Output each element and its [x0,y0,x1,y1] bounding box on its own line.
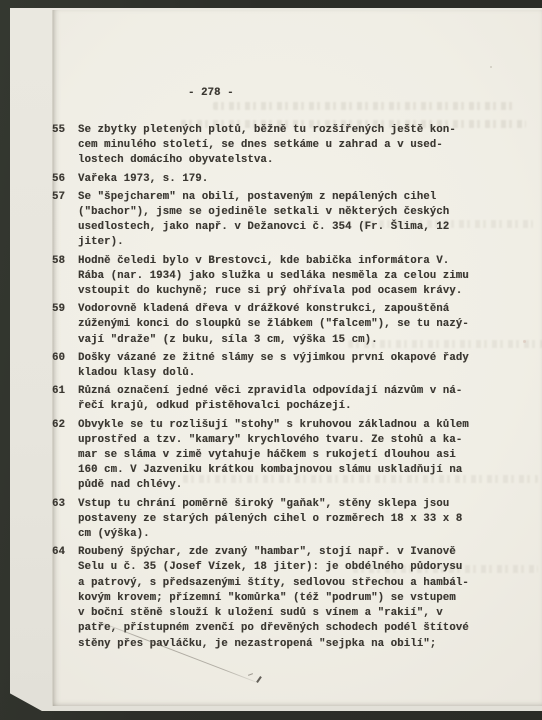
page-number: - 278 - [52,86,472,101]
footnote-line: cm (výška). [78,527,472,542]
footnote-line: Vodorovně kladená dřeva v drážkové konst… [78,302,472,317]
footnote-line: lostech domácího obyvatelstva. [78,153,472,168]
footnote-number: 61 [52,384,65,399]
footnote-line: stěny přes pavláčku, je nezastropená "se… [78,637,472,652]
footnote-text: Vodorovně kladená dřeva v drážkové konst… [78,302,472,348]
typewritten-text-block: - 278 - 55 Se zbytky pletených plotů, bě… [52,86,472,655]
footnote-item-63: 63 Vstup tu chrání poměrně široký "gaňak… [52,497,472,543]
footnote-item-57: 57 Se "špejcharem" na obilí, postaveným … [52,190,472,251]
footnote-text: Se zbytky pletených plotů, běžně tu rozš… [78,123,472,169]
footnote-line: postaveny ze starých pálených cihel o ro… [78,512,472,527]
footnote-number: 59 [52,302,65,317]
footnote-line: půdě nad chlévy. [78,478,472,493]
footnote-text: Hodně čeledi bylo v Brestovci, kde babič… [78,254,472,300]
footnote-line: Rába (nar. 1934) jako služka u sedláka n… [78,269,472,284]
footnote-line: a patrový, s předsazenými štíty, sedlovo… [78,576,472,591]
footnote-item-60: 60 Došky vázané ze žitné slámy se s výji… [52,351,472,381]
footnote-line: Obvykle se tu rozlišují "stohy" s kruhov… [78,418,472,433]
paper-speck [523,340,526,343]
footnote-line: Roubený špýchar, zde zvaný "hambar", sto… [78,545,472,560]
footnote-line: Se "špejcharem" na obilí, postaveným z n… [78,190,472,205]
footnote-line: usedlostech, jako např. v Dežanovci č. 3… [78,220,472,235]
footnote-line: kladou klasy dolů. [78,366,472,381]
footnote-number: 64 [52,545,65,560]
footnote-line: 160 cm. V Jazveniku krátkou kombajnovou … [78,463,472,478]
footnote-number: 58 [52,254,65,269]
footnote-number: 55 [52,123,65,138]
footnote-line: vají "draže" (z buku, síla 3 cm, výška 1… [78,333,472,348]
footnote-line: Se zbytky pletených plotů, běžně tu rozš… [78,123,472,138]
footnote-item-61: 61 Různá označení jedné věci zpravidla o… [52,384,472,414]
footnote-line: Hodně čeledi bylo v Brestovci, kde babič… [78,254,472,269]
footnote-line: uprostřed a tzv. "kamary" krychlového tv… [78,433,472,448]
footnote-item-58: 58 Hodně čeledi bylo v Brestovci, kde ba… [52,254,472,300]
footnote-line: Vstup tu chrání poměrně široký "gaňak", … [78,497,472,512]
footnote-line: Došky vázané ze žitné slámy se s výjimko… [78,351,472,366]
footnote-line: řečí krajů, odkud přistěhovalci pocházej… [78,399,472,414]
footnote-line: Různá označení jedné věci zpravidla odpo… [78,384,472,399]
footnote-number: 60 [52,351,65,366]
footnote-line: mar se sláma v zimě vytahuje háčkem s ru… [78,448,472,463]
footnote-item-59: 59 Vodorovně kladená dřeva v drážkové ko… [52,302,472,348]
footnote-text: Došky vázané ze žitné slámy se s výjimko… [78,351,472,381]
footnote-text: Různá označení jedné věci zpravidla odpo… [78,384,472,414]
footnote-item-55: 55 Se zbytky pletených plotů, běžně tu r… [52,123,472,169]
footnote-text: Vstup tu chrání poměrně široký "gaňak", … [78,497,472,543]
footnote-line: zúženými konci do sloupků se žlábkem ("f… [78,317,472,332]
footnote-line: kovým krovem; přízemní "komůrka" (též "p… [78,591,472,606]
footnote-line: Selu u č. 35 (Josef Vízek, 18 jiter): je… [78,560,472,575]
footnote-line: ("bachor"), jsme se ojediněle setkali v … [78,205,472,220]
footnote-item-62: 62 Obvykle se tu rozlišují "stohy" s kru… [52,418,472,494]
footnote-line: vstoupit do kuchyně; ruce si prý ohříval… [78,284,472,299]
footnote-line: v boční stěně slouží k uložení sudů s ví… [78,606,472,621]
footnote-line: jiter). [78,235,472,250]
footnote-text: Se "špejcharem" na obilí, postaveným z n… [78,190,472,251]
footnote-line: patře, přístupném zvenčí po dřevěných sc… [78,621,472,636]
footnote-number: 57 [52,190,65,205]
footnote-number: 62 [52,418,65,433]
footnote-line: Vařeka 1973, s. 179. [78,172,472,187]
footnote-text: Obvykle se tu rozlišují "stohy" s kruhov… [78,418,472,494]
paper-speck [490,66,492,68]
footnote-item-64: 64 Roubený špýchar, zde zvaný "hambar", … [52,545,472,651]
footnote-text: Vařeka 1973, s. 179. [78,172,472,187]
footnote-number: 56 [52,172,65,187]
footnote-line: cem minulého století, se dnes setkáme u … [78,138,472,153]
footnote-item-56: 56 Vařeka 1973, s. 179. [52,172,472,187]
footnote-number: 63 [52,497,65,512]
